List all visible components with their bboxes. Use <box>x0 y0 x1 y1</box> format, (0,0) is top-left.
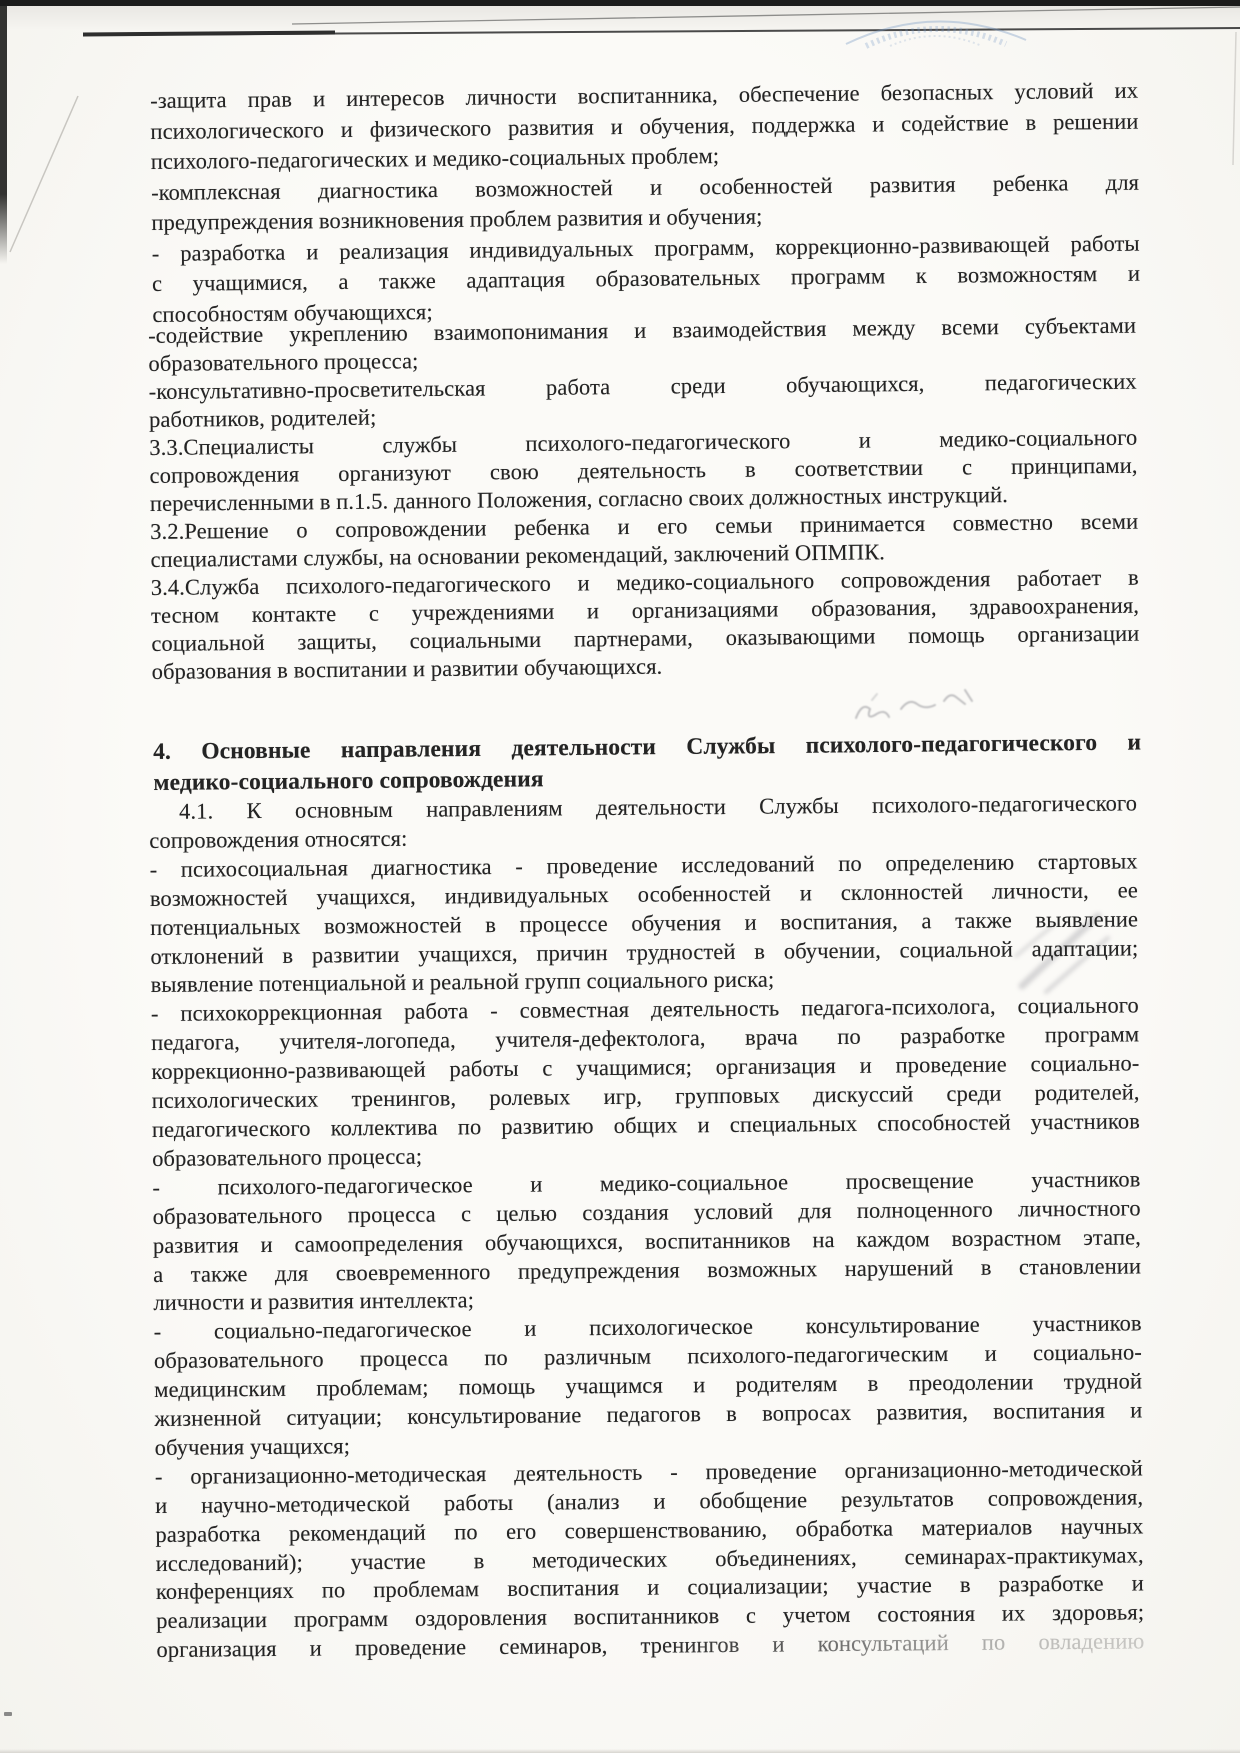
page-corner-diagonal <box>10 96 78 252</box>
scan-bottom-edge <box>0 1749 1240 1753</box>
scan-left-edge-fade <box>0 194 7 264</box>
paragraph-rights-protection: -защита прав и интересов личности воспит… <box>150 76 1139 178</box>
paragraph-3-2: 3.2.Решение о сопровождении ребенка и ег… <box>150 508 1139 574</box>
paragraph-4-1: 4.1. К основным направлениям деятельност… <box>149 789 1137 855</box>
pencil-smudge <box>856 690 972 718</box>
paragraph-complex-diagnostics: -комплексная диагностика возможностей и … <box>151 167 1140 238</box>
paragraph-psychocorrection-work: - психокоррекционная работа - совместная… <box>151 992 1140 1174</box>
heading-main-directions: 4. Основные направления деятельности Слу… <box>153 728 1142 799</box>
left-margin-speck <box>4 1712 12 1716</box>
scan-left-edge-strip <box>0 6 7 194</box>
paragraph-group-section4: 4.1. К основным направлениям деятельност… <box>149 789 1145 1665</box>
page-edge-line-thick-start <box>83 33 335 35</box>
section-4-heading: 4. Основные направления деятельности Слу… <box>153 728 1142 799</box>
paragraph-3-4: 3.4.Служба психолого-педагогического и м… <box>151 564 1140 686</box>
paragraph-mutual-understanding: -содействие укреплению взаимопонимания и… <box>148 312 1137 378</box>
paragraph-group-middle: -содействие укреплению взаимопонимания и… <box>148 312 1140 686</box>
page-right-edge <box>1233 32 1236 165</box>
paragraph-consultative-work: -консультативно-просветительская работа … <box>149 368 1138 434</box>
scan-top-shade <box>0 6 1240 30</box>
paragraph-3-3: 3.3.Специалисты службы психолого-педагог… <box>149 424 1138 518</box>
paragraph-consulting: - социально-педагогическое и психологиче… <box>154 1310 1143 1463</box>
paragraph-enlightenment: - психолого-педагогическое и медико-соци… <box>152 1165 1141 1318</box>
paragraph-psychosocial-diagnostics: - психосоциальная диагностика - проведен… <box>150 847 1139 1000</box>
paragraph-organizational-methodical: - организационно-методическая деятельнос… <box>155 1454 1145 1665</box>
paragraph-group-top: -защита прав и интересов личности воспит… <box>150 76 1141 330</box>
scanned-page: -защита прав и интересов личности воспит… <box>0 0 1240 1753</box>
